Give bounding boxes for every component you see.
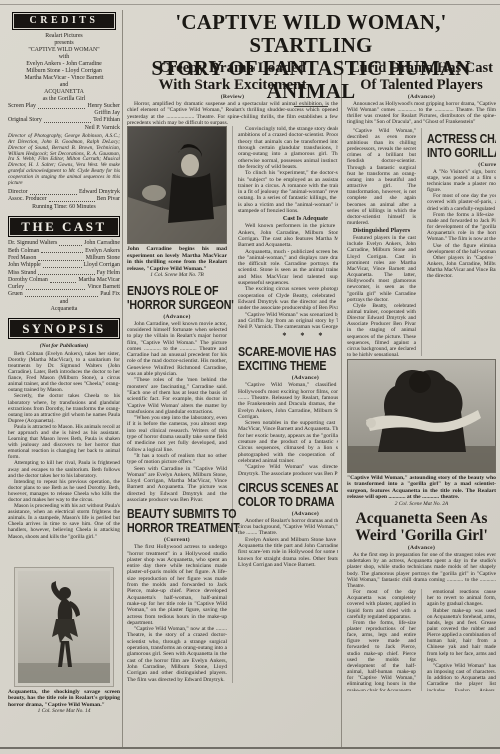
right-region: Lurid Drama Has Cast Of Talented Players… (347, 60, 496, 750)
article-paragraph: For most of one day the young actress wa… (427, 193, 496, 211)
article-paragraph: From the forms, life-size plaster reprod… (347, 620, 416, 691)
synopsis-paragraph: Secretly, the doctor takes Cheela to his… (8, 393, 120, 423)
acquanetta-tag: (Advance) (347, 544, 496, 552)
dot-leader (30, 189, 77, 195)
dot-leader (38, 270, 94, 276)
credit-label: Screen Play (8, 103, 36, 110)
cast-row: GruenPaul Fix (8, 291, 120, 298)
review-tag: (Review) (127, 93, 338, 101)
cast-row: Miss StrandFay Helm (8, 270, 120, 277)
column-rule (341, 60, 342, 747)
credits-line: as the Gorilla Girl (8, 96, 120, 103)
dot-leader (59, 240, 82, 246)
dot-leader (41, 248, 83, 254)
actress-article: A "No Visitor's" sign, borrowed from a n… (427, 169, 496, 280)
column-rule (122, 10, 123, 747)
credits-header: CREDITS (12, 12, 116, 30)
lurid-subhead: Distinguished Players (347, 226, 416, 235)
carradine-macvicar-photo (127, 126, 227, 244)
acquanetta-headline-line1: Acquanetta Seen As (347, 511, 496, 528)
article-paragraph: "Captive Wild Woman" was directed by Edw… (238, 464, 338, 477)
lurid-headline-line1: Lurid Drama Has Cast (347, 60, 496, 77)
middle-right-column: Convincingly told, the strange story dea… (232, 126, 338, 683)
beauty-article: The first Hollywood actress to undergo "… (127, 544, 227, 683)
credits-line: and (8, 82, 120, 89)
enjoys-article: John Carradine, well known movie actor, … (127, 321, 227, 504)
article-paragraph: "Captive Wild Woman," classified as one … (238, 382, 338, 420)
review-headline-line1: Creepy Drama Loaded (127, 60, 338, 77)
article-paragraph: The first Hollywood actress to undergo "… (127, 544, 227, 626)
article-paragraph: The exciting circus scenes were photogra… (238, 286, 338, 311)
article-paragraph: "Captive Wild Woman" has an imposing cas… (427, 663, 496, 691)
credit-row-director: Director Edward Dmytryk (8, 189, 120, 196)
dot-leader (38, 103, 85, 109)
credit-value2: Neil P. Varnick (8, 125, 120, 132)
cast-role: Curley (8, 284, 24, 291)
article-paragraph: "Captive Wild Woman," described as even … (347, 128, 416, 227)
cast-actor: Milburn Stone (86, 255, 120, 262)
cast-list: Dr. Sigmund WaltersJohn Carradine Beth C… (8, 240, 120, 312)
circus-tag: (Advance) (238, 510, 338, 518)
acquanetta-right-column: emotional reactions cause her to revert … (421, 589, 496, 691)
main-headline-line1: 'CAPTIVE WILD WOMAN,' STARTLING (126, 11, 496, 57)
article-paragraph: From the forms a life-size plaster-of-pa… (427, 212, 496, 243)
cast-row: John WhippleLloyd Corrigan (8, 262, 120, 269)
article-paragraph: Seen with Carradine in "Captive Wild Wom… (127, 466, 227, 504)
circus-headline-line1: CIRCUS SCENES ADD (238, 481, 338, 495)
actress-column: ACTRESS CHANGED INTO GORILLA GIRL (Curre… (421, 128, 496, 356)
cast-role: Fred Mason (8, 255, 36, 262)
credit-row-story: Original Story Ted Fithian (8, 117, 120, 124)
section-separator: * * * (238, 330, 338, 341)
beauty-headline-line2: HORROR TREATMENT (127, 521, 227, 535)
circus-headline: CIRCUS SCENES ADD COLOR TO DRAMA (238, 481, 338, 509)
article-paragraph: Use of the figure eliminated unnecessary… (427, 243, 496, 255)
cast-header: THE CAST (8, 216, 120, 237)
acquanetta-headline-line2: Weird 'Gorilla Girl' (347, 528, 496, 545)
cast-row: Dr. Sigmund WaltersJohn Carradine (8, 240, 120, 247)
synopsis-text: Beth Colman (Evelyn Ankers), takes her s… (8, 351, 120, 563)
lurid-left-column: "Captive Wild Woman," described as even … (347, 128, 416, 356)
circus-article: Another of Realart's horror dramas and t… (238, 518, 338, 568)
sidebar-photo-caption: Acquanetta, the shockingly savage screen… (8, 689, 120, 709)
acquanetta-article: For most of the day Acquanetta was compl… (347, 589, 416, 691)
dot-leader (38, 255, 83, 261)
beauty-headline-line1: BEAUTY SUBMITS TO (127, 507, 227, 521)
review-subhead: Cast Is Adequate (238, 214, 338, 223)
article-paragraph: A "No Visitor's" sign, borrowed from a n… (427, 169, 496, 194)
middle-region: Creepy Drama Loaded With Stark Excitemen… (127, 60, 338, 750)
scare-headline-line2: EXCITING THEME (238, 359, 338, 373)
credits-line: Evelyn Ankers - John Carradine (8, 61, 120, 68)
enjoys-headline-line1: ENJOYS ROLE OF (127, 284, 227, 298)
cast-role: John Whipple (8, 262, 41, 269)
review-article-continued: Well known performers in the picture inc… (238, 223, 338, 330)
article-paragraph: "It has a touch of realism that no other… (127, 453, 227, 466)
cast-role: Gruen (8, 291, 23, 298)
article-paragraph: Screen notables in the supporting cast i… (238, 420, 338, 464)
cast-actor: John Carradine (84, 240, 120, 247)
credits-line: ACQUANETTA (8, 89, 120, 96)
enjoys-headline-line2: 'HORROR SURGEON' (127, 298, 227, 312)
credits-line: presents (8, 40, 120, 47)
credit-label: Assoc. Producer (8, 196, 47, 203)
review-article: Convincingly told, the strange story dea… (238, 126, 338, 214)
cast-row: Beth ColmanEvelyn Ankers (8, 248, 120, 255)
synopsis-paragraph: Beth Colman (Evelyn Ankers), takes her s… (8, 351, 120, 394)
sidebar-photo-mat: 1 Col. Scene Mat No. 14 (8, 708, 120, 716)
running-time: Running Time: 60 Minutes (8, 203, 120, 211)
dot-leader (49, 196, 95, 202)
cast-actor: Fay Helm (97, 270, 120, 277)
credit-value: Ted Fithian (93, 117, 120, 124)
synopsis-paragraph: Paula is attracted to Mason. His animals… (8, 424, 120, 461)
enjoys-headline: ENJOYS ROLE OF 'HORROR SURGEON' (127, 284, 227, 312)
cast-actor: Martha MacVicar (78, 277, 120, 284)
beauty-headline: BEAUTY SUBMITS TO HORROR TREATMENT (127, 507, 227, 535)
credit-value2: Griffin Jay (8, 110, 120, 117)
actress-headline: ACTRESS CHANGED INTO GORILLA GIRL (427, 132, 496, 160)
synopsis-paragraph: Attempting to kill her rival, Paula is f… (8, 460, 120, 478)
cast-row: Dorothy ColmanMartha MacVicar (8, 277, 120, 284)
dot-leader (26, 284, 85, 290)
cast-actor: Vince Barnett (87, 284, 120, 291)
lurid-headline-line2: Of Talented Players (347, 77, 496, 94)
lurid-intro: Announced as Hollywood's most gripping h… (347, 101, 496, 126)
article-paragraph: "Captive Wild Woman," now at the .......… (127, 626, 227, 683)
cast-row: Fred MasonMilburn Stone (8, 255, 120, 262)
dot-leader (25, 291, 98, 297)
cast-row: CurleyVince Barnett (8, 284, 120, 291)
acquanetta-dancer-photo (14, 567, 114, 687)
credit-label: Original Story (8, 117, 42, 124)
gorilla-carrying-woman-photo (347, 359, 496, 473)
cast-role: Miss Strand (8, 270, 36, 277)
credit-row-producer: Assoc. Producer Ben Pivar (8, 196, 120, 203)
cast-actor: Paul Fix (100, 291, 120, 298)
middle-left-column: John Carradine begins his mad experiment… (127, 126, 227, 683)
top-rule (0, 4, 500, 5)
review-photo-mat: 1 Col. Scene Mat No. 7B (127, 272, 227, 280)
article-paragraph: For most of the day Acquanetta was compl… (347, 589, 416, 620)
sidebar: CREDITS Realart Pictures presents "CAPTI… (8, 12, 120, 716)
credits-line: with (8, 54, 120, 61)
acquanetta-intro: As the first step in preparation for one… (347, 552, 496, 589)
cast-actor: Evelyn Ankers (85, 248, 120, 255)
credits-line: Realart Pictures (8, 33, 120, 40)
article-paragraph: Another of Realart's horror dramas and t… (238, 518, 338, 537)
article-paragraph: Well known performers in the picture inc… (238, 223, 338, 248)
credit-value: Edward Dmytryk (79, 189, 120, 196)
synopsis-header: SYNOPSIS (8, 318, 120, 339)
pressbook-page: 'CAPTIVE WILD WOMAN,' STARTLING STORY OF… (0, 0, 500, 754)
credit-value: Ben Pivar (97, 196, 120, 203)
synopsis-label: (Not for Publication) (8, 342, 120, 351)
synopsis-paragraph: Intending to repeat his previous operati… (8, 479, 120, 503)
cast-tail: and (8, 299, 120, 306)
article-paragraph: "When you step into the laboratory, even… (127, 415, 227, 453)
acquanetta-article-continued: emotional reactions cause her to revert … (427, 589, 496, 691)
scare-article: "Captive Wild Woman," classified as one … (238, 382, 338, 476)
article-paragraph: "Captive Wild Woman" was scenarized by H… (238, 312, 338, 331)
article-paragraph: emotional reactions cause her to revert … (427, 589, 496, 607)
article-paragraph: Clyde Beatty, celebrated animal trainer,… (347, 303, 416, 356)
lurid-tag: (Advance) (347, 93, 496, 101)
credits-line: Martha MacVicar - Vince Barnett (8, 75, 120, 82)
lurid-article: "Captive Wild Woman," described as even … (347, 128, 416, 227)
crew-note: Director of Photography, George Robinson… (8, 134, 120, 187)
dot-leader (50, 277, 77, 283)
review-headline-line2: With Stark Excitement (127, 77, 338, 94)
enjoys-tag: (Advance) (127, 313, 227, 321)
cast-actor: Lloyd Corrigan (84, 262, 120, 269)
actress-headline-line1: ACTRESS CHANGED (427, 132, 496, 146)
dot-leader (44, 117, 91, 123)
circus-headline-line2: COLOR TO DRAMA (238, 495, 338, 509)
article-paragraph: "These roles of the 'men behind the mons… (127, 377, 227, 415)
review-intro: Horror, amplified by dramatic suspense a… (127, 101, 338, 126)
scare-headline: SCARE-MOVIE HAS EXCITING THEME (238, 345, 338, 373)
review-photo-caption: John Carradine begins his mad experiment… (127, 246, 227, 272)
article-paragraph: Other players in "Captive Wild Woman" ar… (427, 255, 496, 280)
actress-headline-line2: INTO GORILLA GIRL (427, 146, 496, 160)
article-paragraph: Acquanetta, much - publicized screen bea… (238, 249, 338, 287)
article-paragraph: Featured players in the cast include Eve… (347, 235, 416, 303)
article-paragraph: John Carradine, well known movie actor, … (127, 321, 227, 378)
credit-label: Director (8, 189, 28, 196)
credits-block: Realart Pictures presents "CAPTIVE WILD … (8, 33, 120, 103)
cast-role: Dorothy Colman (8, 277, 48, 284)
article-paragraph: Rubber make-up was used on Acquanetta's … (427, 608, 496, 663)
article-paragraph: Evelyn Ankers and Milburn Stone have rom… (238, 537, 338, 568)
acquanetta-left-column: For most of the day Acquanetta was compl… (347, 589, 416, 691)
cast-role: Beth Colman (8, 248, 39, 255)
credits-line: "CAPTIVE WILD WOMAN" (8, 47, 120, 54)
synopsis-paragraph: Mason is proceeding with his act without… (8, 503, 120, 540)
scare-headline-line1: SCARE-MOVIE HAS (238, 345, 338, 359)
credits-line: Milburn Stone - Lloyd Corrigan (8, 68, 120, 75)
article-paragraph: Convincingly told, the strange story dea… (238, 126, 338, 170)
lurid-article-continued: Featured players in the cast include Eve… (347, 235, 416, 356)
gorilla-photo-caption: "Captive Wild Woman," astounding story o… (347, 475, 496, 501)
dot-leader (43, 262, 82, 268)
article-paragraph: To clinch his "experiment," the doctor-s… (238, 170, 338, 214)
cast-role: Dr. Sigmund Walters (8, 240, 57, 247)
actress-tag: (Current) (427, 161, 496, 169)
cast-tail: Acquanetta (8, 306, 120, 313)
gorilla-photo-mat: 2 Col. Scene Mat No. 2A (347, 501, 496, 509)
